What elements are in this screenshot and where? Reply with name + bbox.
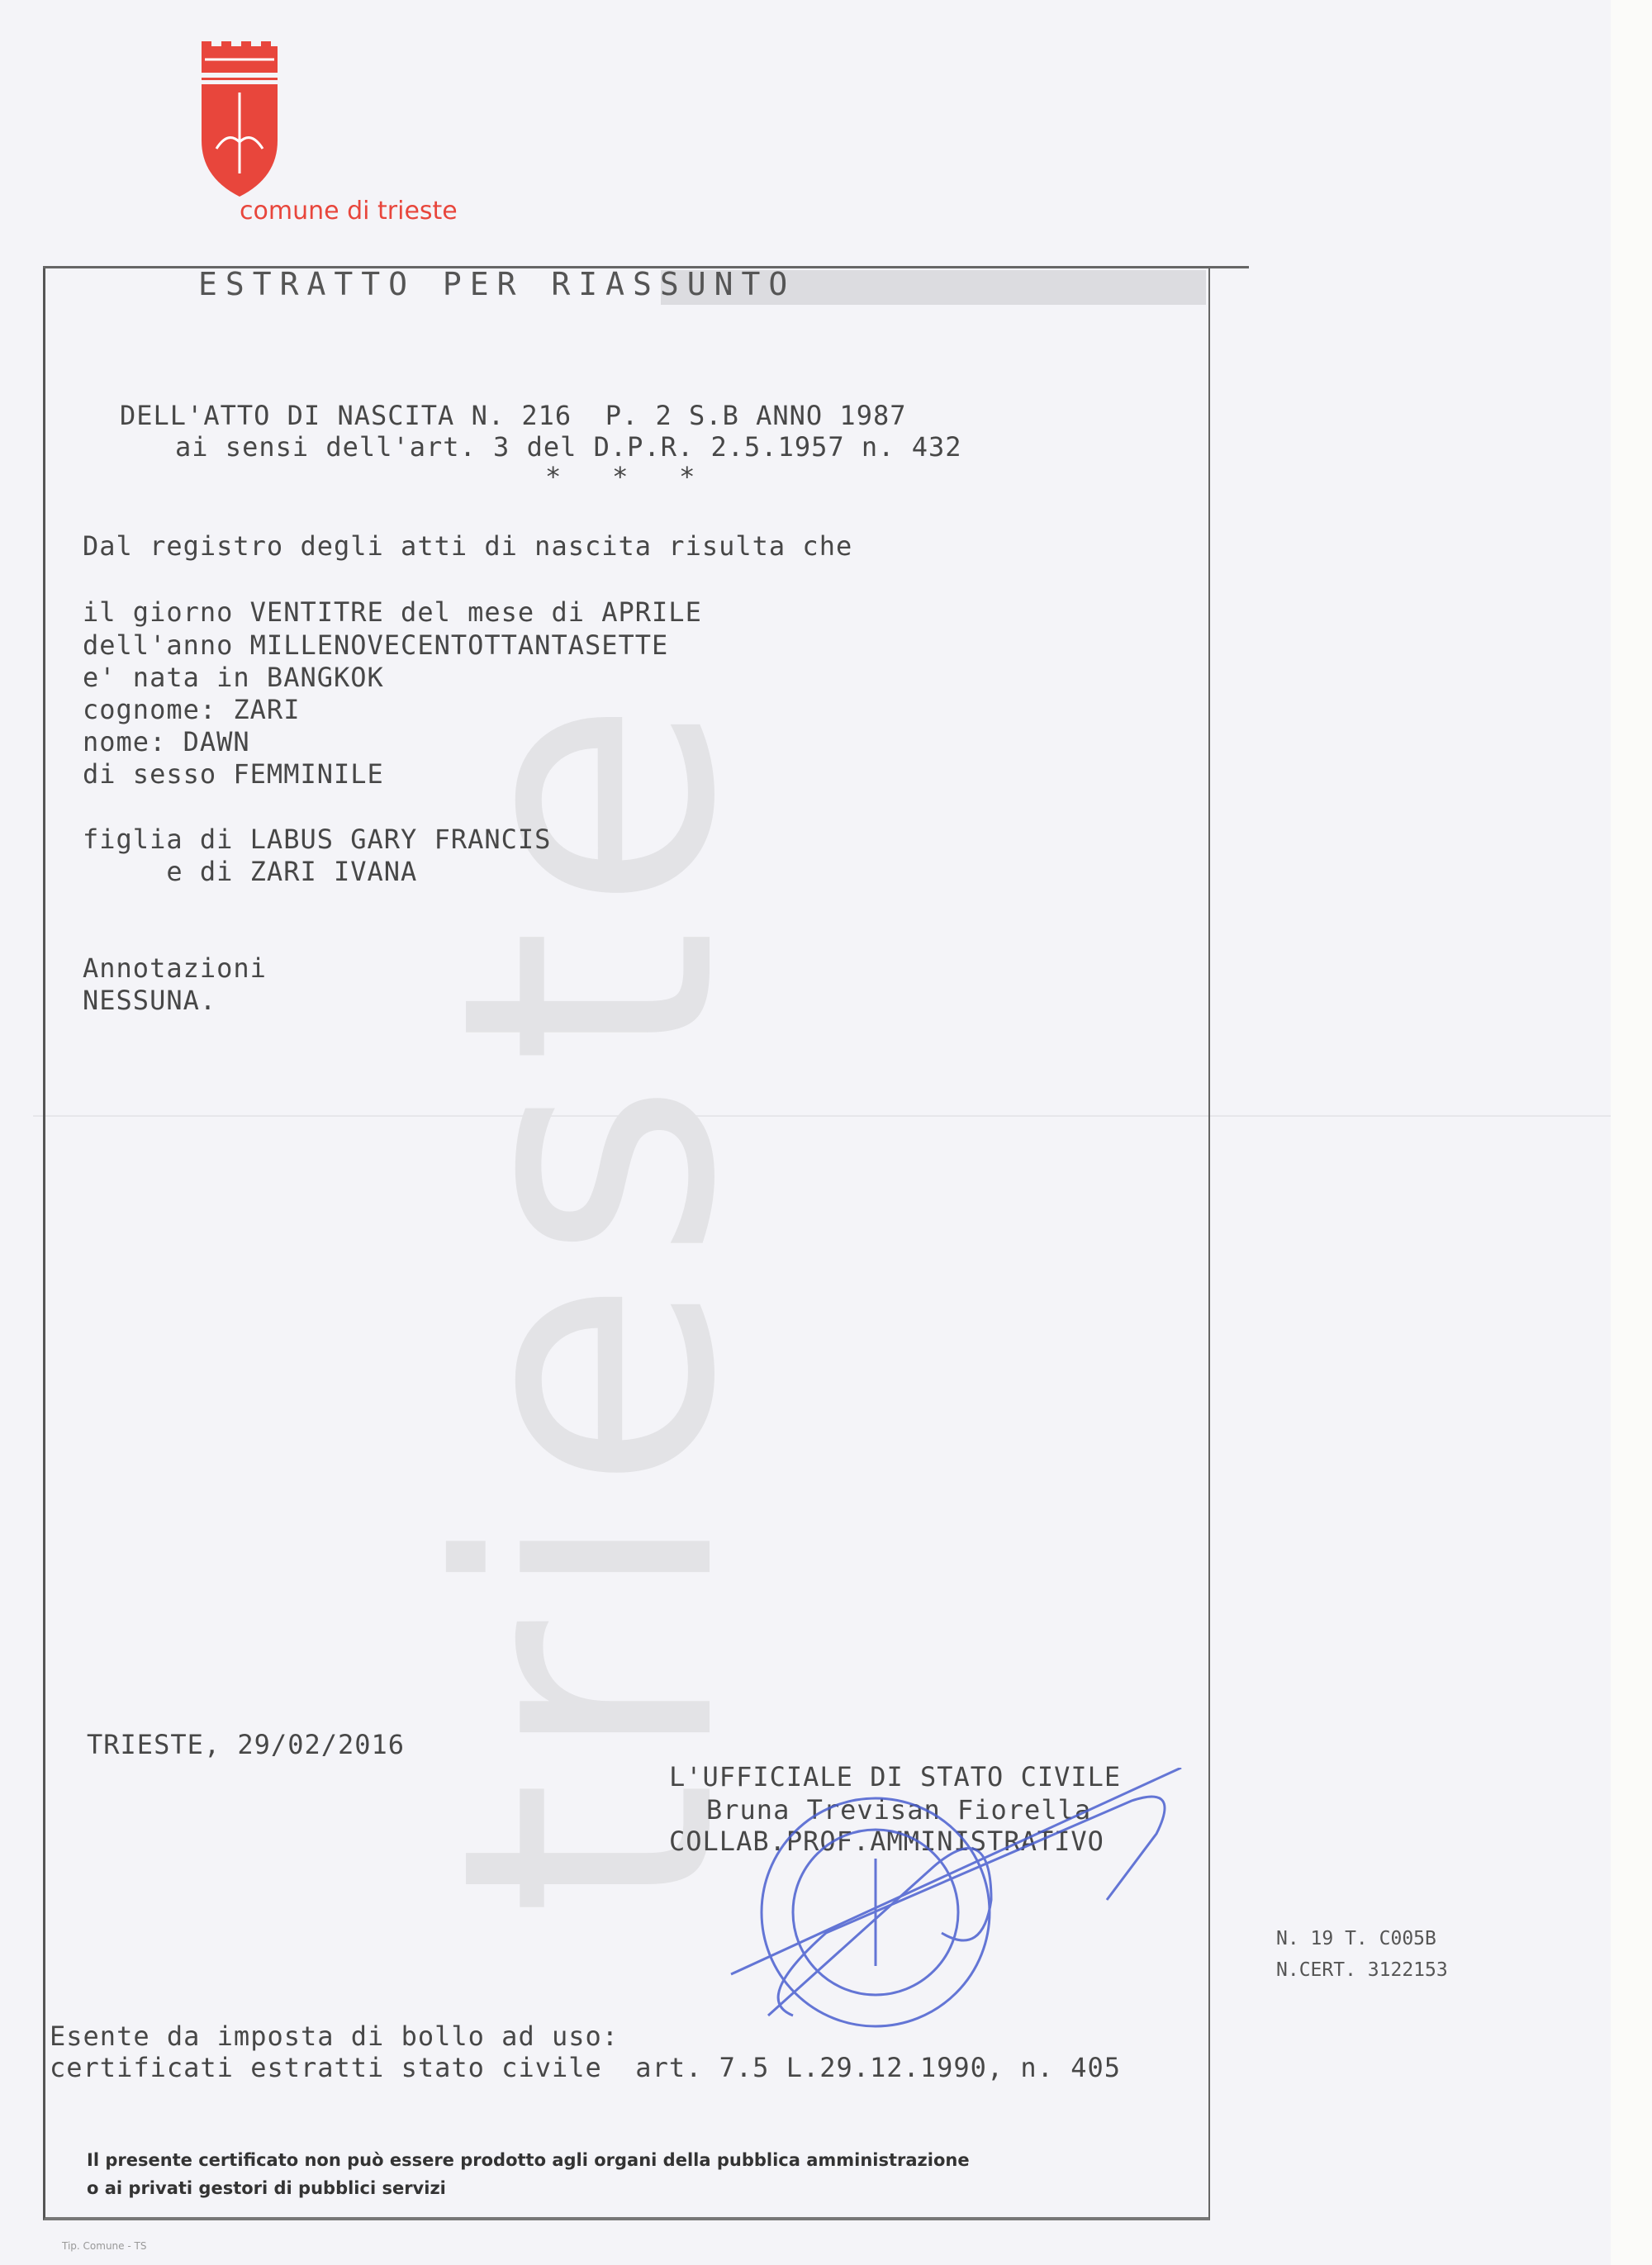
father: figlia di LABUS GARY FRANCIS xyxy=(83,824,551,855)
cert-number-line1: N. 19 T. C005B xyxy=(1276,1923,1448,1954)
birth-place: e' nata in BANGKOK xyxy=(83,662,384,693)
annotations-value: NESSUNA. xyxy=(83,985,216,1016)
intro-text: Dal registro degli atti di nascita risul… xyxy=(83,530,852,562)
logo-label: comune di trieste xyxy=(240,197,458,226)
notice-line1: Il presente certificato non può essere p… xyxy=(87,2146,970,2174)
given-name: nome: DAWN xyxy=(83,726,250,757)
legal-reference: ai sensi dell'art. 3 del D.P.R. 2.5.1957… xyxy=(175,431,961,463)
certificate-numbers: N. 19 T. C005B N.CERT. 3122153 xyxy=(1276,1923,1448,1986)
paper-edge xyxy=(1611,0,1652,2265)
birth-year: dell'anno MILLENOVECENTOTTANTASETTE xyxy=(83,629,668,661)
birth-day: il giorno VENTITRE del mese di APRILE xyxy=(83,596,702,628)
place-date: TRIESTE, 29/02/2016 xyxy=(87,1729,405,1760)
notice-line2: o ai privati gestori di pubblici servizi xyxy=(87,2174,970,2202)
document-title: ESTRATTO PER RIASSUNTO xyxy=(198,266,795,302)
act-reference: DELL'ATTO DI NASCITA N. 216 P. 2 S.B ANN… xyxy=(120,400,906,431)
sex: di sesso FEMMINILE xyxy=(83,758,384,790)
exemption-line2: certificati estratti stato civile art. 7… xyxy=(50,2052,1121,2083)
coat-of-arms-icon xyxy=(198,41,281,198)
usage-notice: Il presente certificato non può essere p… xyxy=(87,2146,970,2202)
exemption-line1: Esente da imposta di bollo ad uso: xyxy=(50,2020,619,2052)
official-stamp-and-signature xyxy=(719,1768,1214,2040)
printer-credit: Tip. Comune - TS xyxy=(62,2240,146,2252)
separator: * * * xyxy=(545,461,695,492)
annotations-label: Annotazioni xyxy=(83,952,267,984)
surname: cognome: ZARI xyxy=(83,694,300,725)
mother: e di ZARI IVANA xyxy=(83,856,417,887)
cert-number-line2: N.CERT. 3122153 xyxy=(1276,1954,1448,1986)
